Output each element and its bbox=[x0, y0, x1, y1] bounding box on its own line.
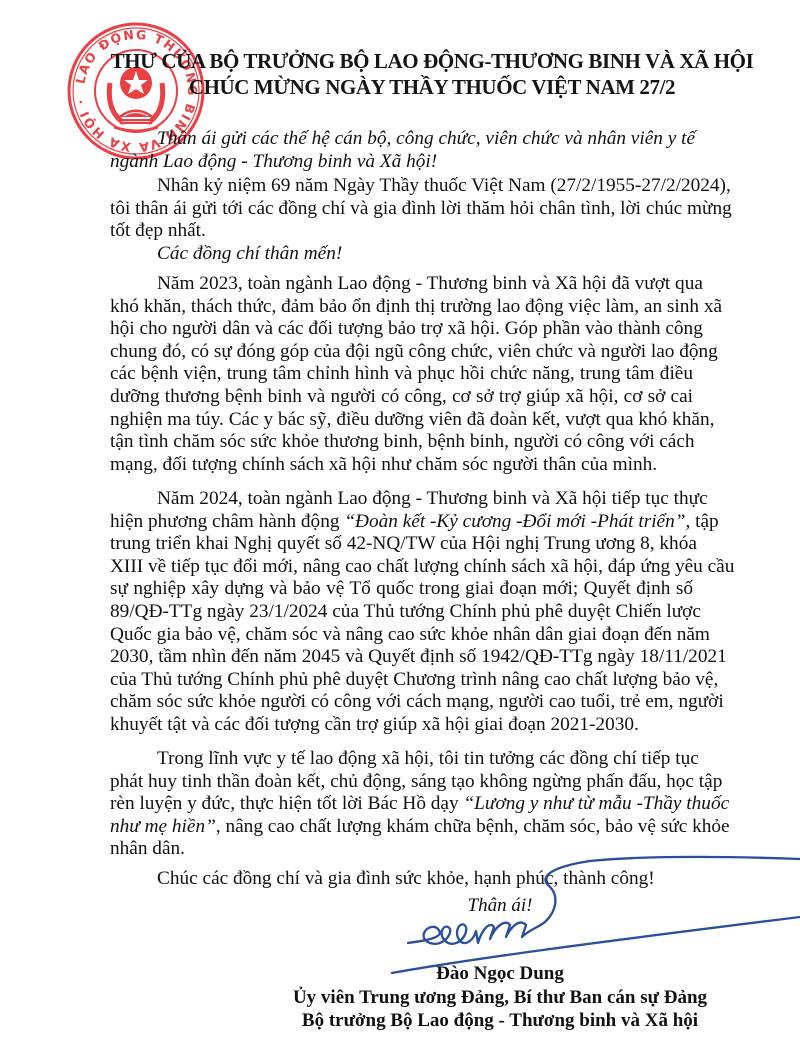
paragraph-medical-ethics: Trong lĩnh vực y tế lao động xã hội, tôi… bbox=[110, 748, 693, 861]
paragraph-line: Trong lĩnh vực y tế lao động xã hội, tôi… bbox=[110, 748, 693, 771]
motto-quote: “Đoàn kết -Kỷ cương -Đổi mới -Phát triển… bbox=[344, 511, 685, 532]
signer-title-party: Ủy viên Trung ương Đảng, Bí thư Ban cán … bbox=[270, 987, 730, 1009]
greeting-line: ngành Lao động - Thương binh và Xã hội! bbox=[110, 151, 693, 174]
paragraph-line: hiện phương châm hành động “Đoàn kết -Kỷ… bbox=[110, 511, 693, 534]
signer-title-minister: Bộ trưởng Bộ Lao động - Thương binh và X… bbox=[270, 1010, 730, 1032]
paragraph-line: dưỡng thương bệnh binh và người có công,… bbox=[110, 386, 693, 409]
paragraph-line: như mẹ hiền”, nâng cao chất lượng khám c… bbox=[110, 816, 693, 839]
paragraph-line: sự nghiệp xây dựng và bảo vệ Tổ quốc tro… bbox=[110, 578, 693, 601]
paragraph-line: các bệnh viện, trung tâm chỉnh hình và p… bbox=[110, 363, 693, 386]
greeting: Thân ái gửi các thế hệ cán bộ, công chức… bbox=[110, 128, 693, 173]
salutation: Các đồng chí thân mến! bbox=[110, 243, 693, 266]
paragraph-line: mạng, đối tượng chính sách xã hội như ch… bbox=[110, 454, 693, 477]
greeting-line: Thân ái gửi các thế hệ cán bộ, công chức… bbox=[110, 128, 693, 151]
text-run: hiện phương châm hành động bbox=[110, 511, 344, 532]
paragraph-line: hội cho người dân và các đối tượng bảo t… bbox=[110, 318, 693, 341]
paragraph-line: của Thủ tướng Chính phủ phê duyệt Chương… bbox=[110, 669, 693, 692]
text-run: , nâng cao chất lượng khám chữa bệnh, ch… bbox=[216, 816, 730, 837]
paragraph-anniversary: Nhân kỷ niệm 69 năm Ngày Thầy thuốc Việt… bbox=[110, 175, 693, 243]
paragraph-line: tốt đẹp nhất. bbox=[110, 220, 693, 243]
ho-chi-minh-quote: “Lương y như từ mẫu -Thầy thuốc bbox=[463, 793, 729, 814]
paragraph-line: trung triển khai Nghị quyết số 42-NQ/TW … bbox=[110, 533, 693, 556]
paragraph-line: tận tình chăm sóc sức khỏe thương binh, … bbox=[110, 431, 693, 454]
paragraph-line: chung đó, có sự đóng góp của đội ngũ côn… bbox=[110, 341, 693, 364]
ho-chi-minh-quote-end: như mẹ hiền” bbox=[110, 816, 216, 837]
paragraph-line: 89/QĐ-TTg ngày 23/1/2024 của Thủ tướng C… bbox=[110, 601, 693, 624]
paragraph-2024: Năm 2024, toàn ngành Lao động - Thương b… bbox=[110, 488, 693, 737]
paragraph-line: Quốc gia bảo vệ, chăm sóc và nâng cao sứ… bbox=[110, 624, 693, 647]
text-run: , tập bbox=[685, 511, 718, 532]
paragraph-line: chăm sóc sức khỏe người có công với cách… bbox=[110, 691, 693, 714]
letter-title-line2: CHÚC MỪNG NGÀY THẦY THUỐC VIỆT NAM 27/2 bbox=[32, 74, 800, 100]
paragraph-line: nghiện ma túy. Các y bác sỹ, điều dưỡng … bbox=[110, 409, 693, 432]
paragraph-line: Năm 2023, toàn ngành Lao động - Thương b… bbox=[110, 273, 693, 296]
paragraph-line: Nhân kỷ niệm 69 năm Ngày Thầy thuốc Việt… bbox=[110, 175, 693, 198]
letter-title-line1: THƯ CỦA BỘ TRƯỞNG BỘ LAO ĐỘNG-THƯƠNG BIN… bbox=[32, 48, 800, 74]
paragraph-line: rèn luyện y đức, thực hiện tốt lời Bác H… bbox=[110, 793, 693, 816]
paragraph-line: XIII về tiếp tục đổi mới, nâng cao chất … bbox=[110, 556, 693, 579]
paragraph-line: 2030, tầm nhìn đến năm 2045 và Quyết địn… bbox=[110, 646, 693, 669]
paragraph-line: phát huy tinh thần đoàn kết, chủ động, s… bbox=[110, 771, 693, 794]
paragraph-line: khuyết tật và các đối tượng cần trợ giúp… bbox=[110, 714, 693, 737]
letter-page: LAO ĐỘNG THƯƠNG BINH VÀ XÃ HỘI · BỘ · TH… bbox=[0, 0, 800, 1054]
paragraph-2023: Năm 2023, toàn ngành Lao động - Thương b… bbox=[110, 273, 693, 476]
text-run: rèn luyện y đức, thực hiện tốt lời Bác H… bbox=[110, 793, 463, 814]
paragraph-line: khó khăn, thách thức, đảm bảo ổn định th… bbox=[110, 296, 693, 319]
wishes: Chúc các đồng chí và gia đình sức khỏe, … bbox=[110, 868, 693, 891]
paragraph-line: nhân dân. bbox=[110, 838, 693, 861]
closing: Thân ái! bbox=[430, 895, 570, 917]
paragraph-line: Năm 2024, toàn ngành Lao động - Thương b… bbox=[110, 488, 693, 511]
paragraph-line: tôi thân ái gửi tới các đồng chí và gia … bbox=[110, 198, 693, 221]
signer-name: Đào Ngọc Dung bbox=[380, 963, 620, 985]
